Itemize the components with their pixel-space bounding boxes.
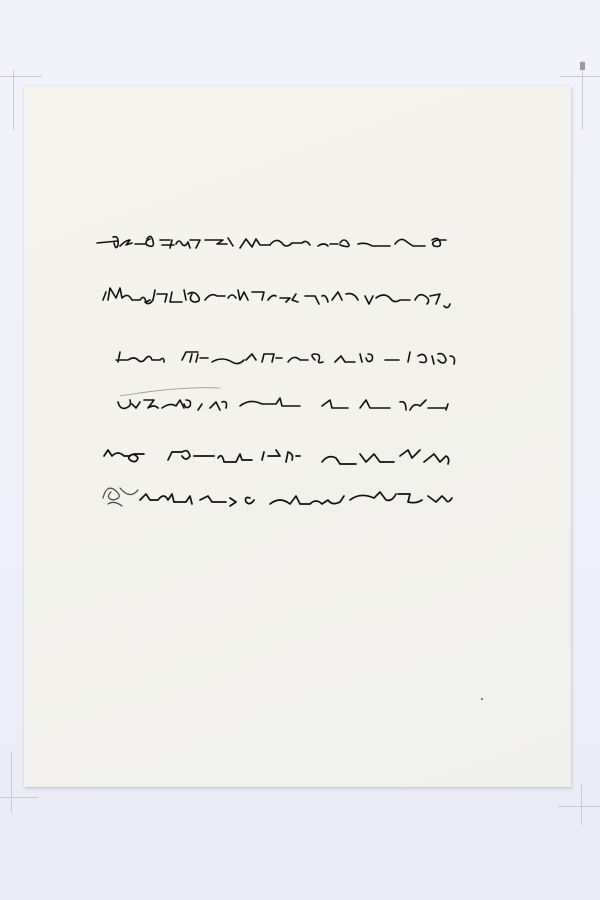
writing-line-4 <box>118 388 448 410</box>
writing-line-5 <box>104 450 449 464</box>
writing-line-6 <box>103 488 452 506</box>
writing-line-3 <box>116 352 455 364</box>
writing-line-1 <box>97 236 446 248</box>
backdrop: Asemic writing on paper <box>0 0 600 900</box>
asemic-writing <box>0 0 600 900</box>
writing-line-2 <box>103 288 450 308</box>
